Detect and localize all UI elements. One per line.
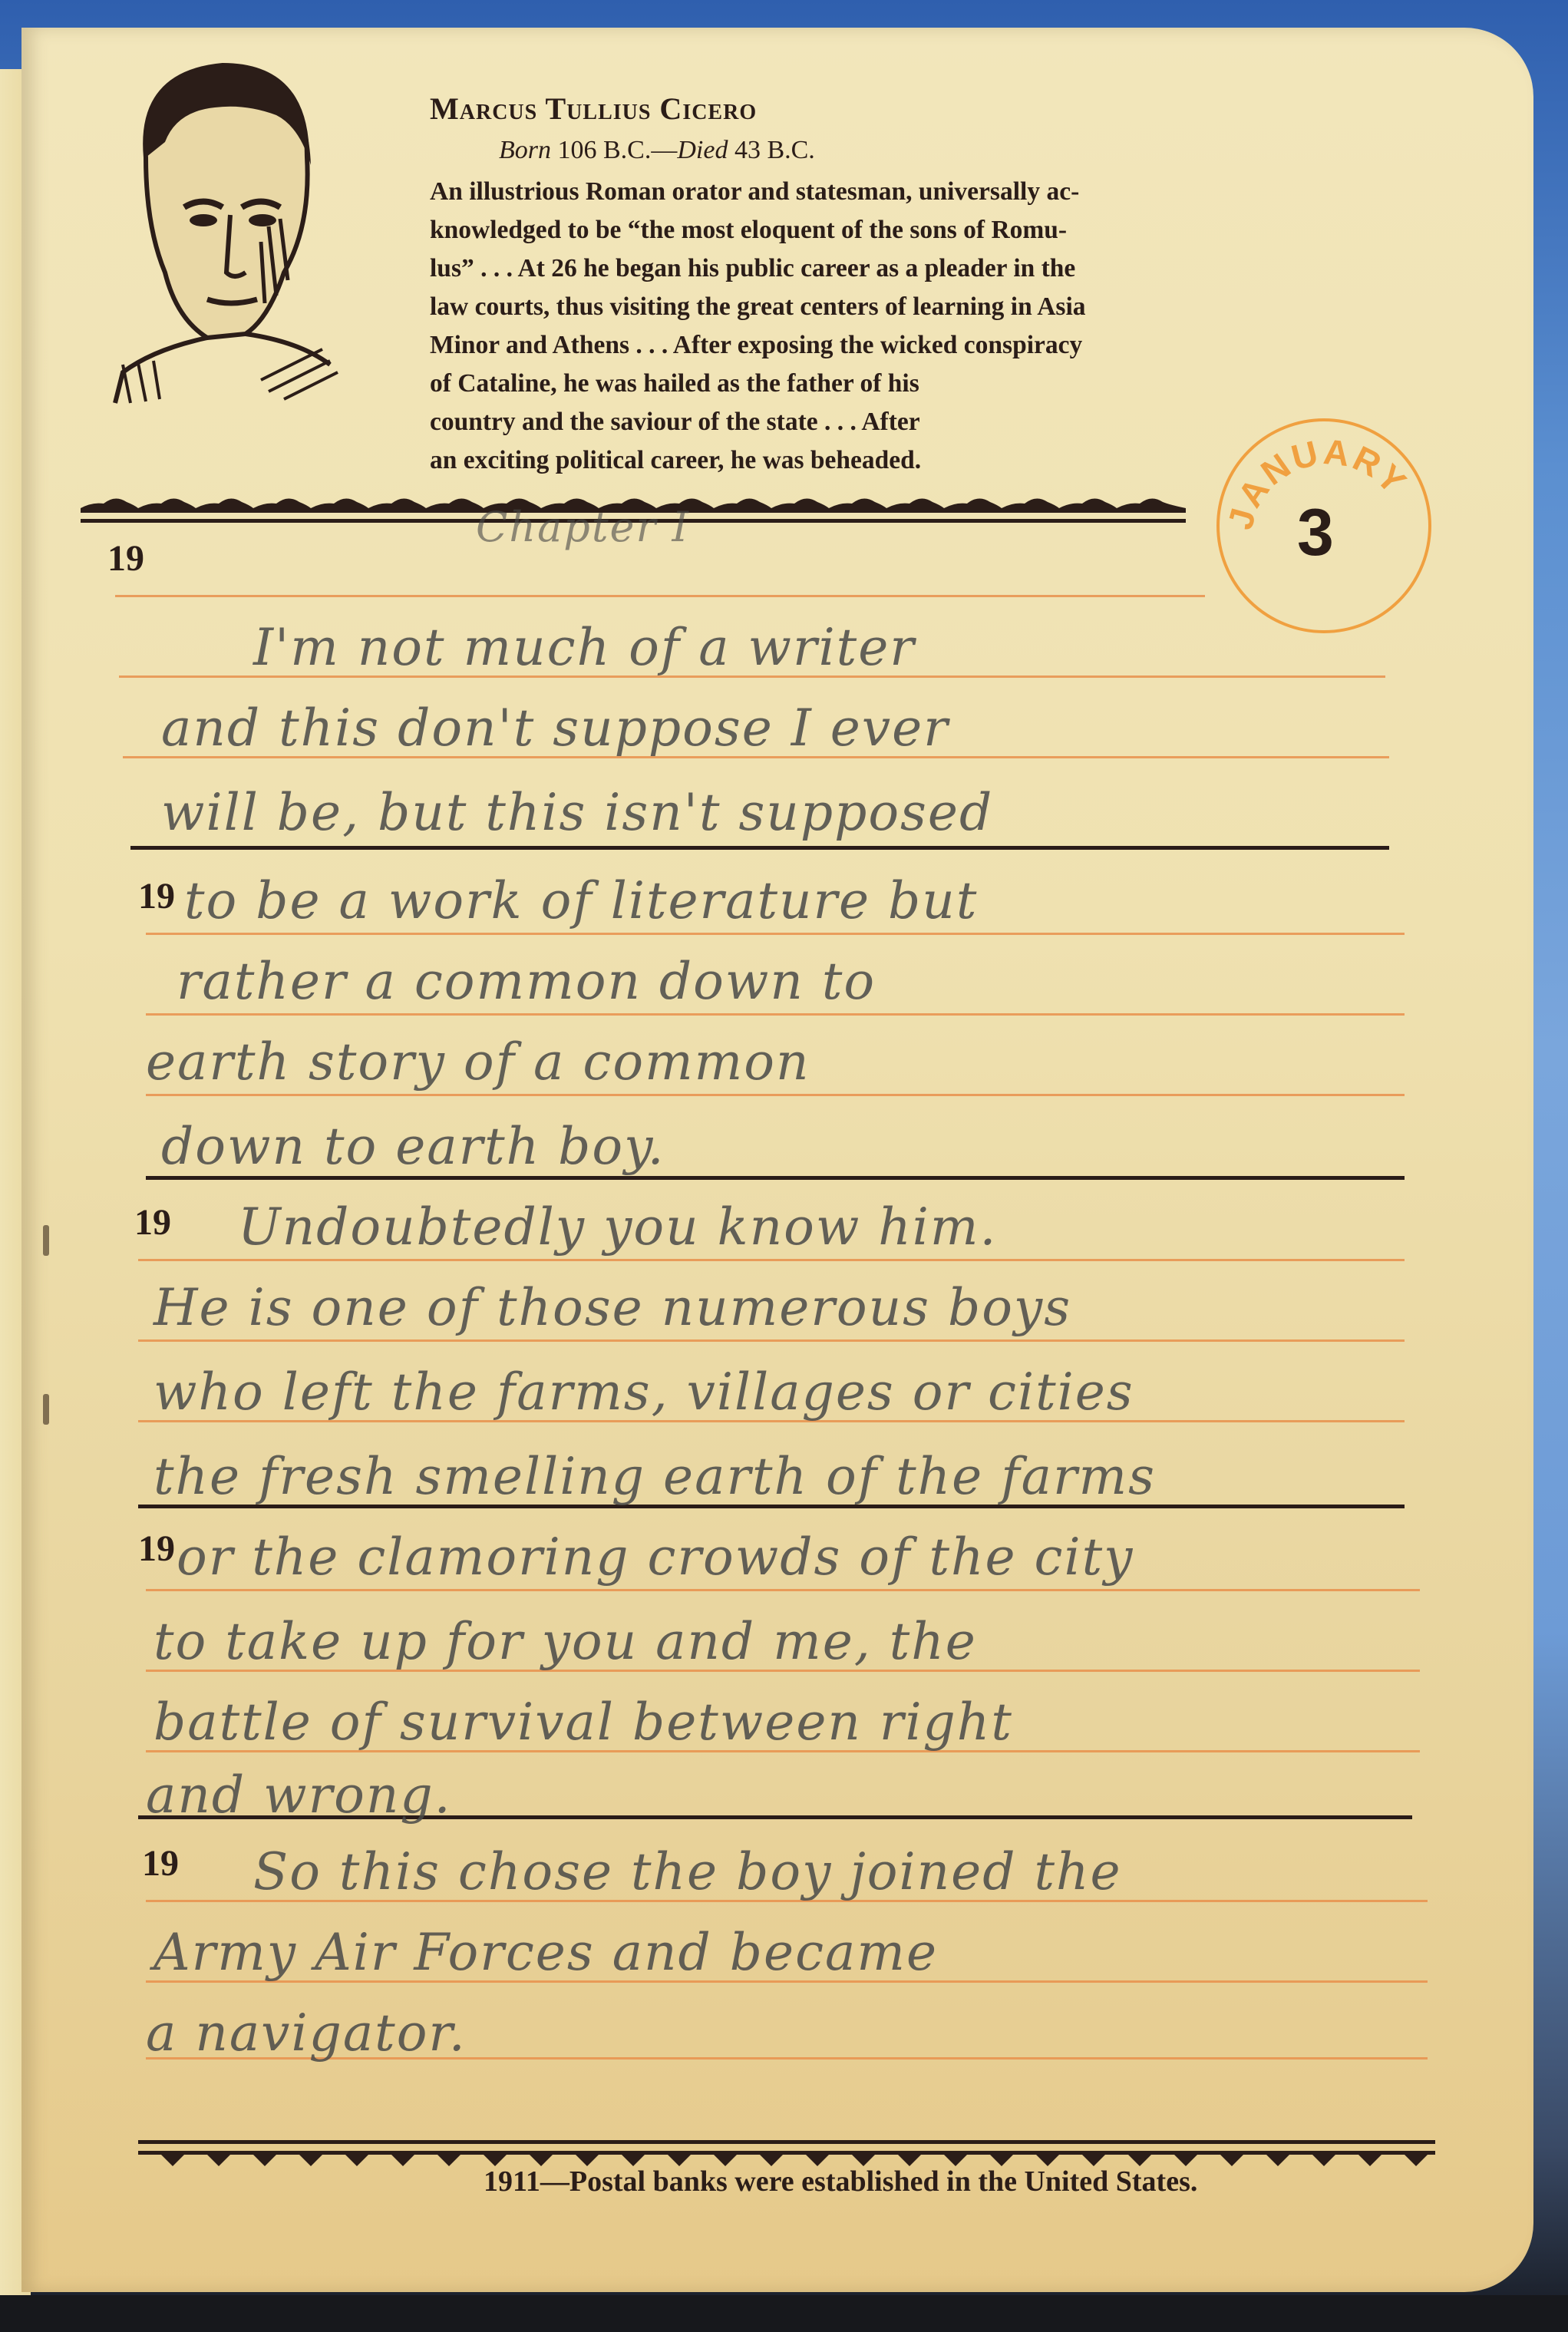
year-label: 19 — [138, 1528, 175, 1570]
life-dates: Born 106 B.C.—Died 43 B.C. — [499, 136, 1405, 165]
ruled-line — [138, 1259, 1405, 1261]
ruled-line — [115, 595, 1205, 597]
section-divider — [130, 846, 1389, 850]
person-name: Marcus Tullius Cicero — [430, 91, 1405, 127]
bio-line: an exciting political career, he was beh… — [430, 441, 1144, 480]
ruled-line — [146, 1013, 1405, 1016]
handwritten-line: battle of survival between right — [153, 1693, 1013, 1752]
ruled-line — [146, 933, 1405, 935]
handwritten-line: will be, but this isn't supposed — [161, 783, 993, 842]
binding-stitch — [43, 1394, 49, 1425]
ruled-line — [146, 1589, 1420, 1591]
year-label: 19 — [142, 1842, 179, 1884]
handwritten-line: to take up for you and me, the — [153, 1612, 977, 1671]
handwritten-line: a navigator. — [146, 2003, 467, 2063]
died-label: Died — [677, 136, 728, 164]
handwritten-line: rather a common down to — [177, 952, 876, 1011]
bio-line: of Cataline, he was hailed as the father… — [430, 365, 1144, 403]
stamp-day: 3 — [1297, 495, 1334, 571]
handwritten-line: I'm not much of a writer — [253, 618, 916, 677]
handwritten-line: down to earth boy. — [161, 1117, 665, 1176]
handwritten-line: the fresh smelling earth of the farms — [153, 1447, 1156, 1506]
section-divider — [146, 1176, 1405, 1180]
handwritten-line: or the clamoring crowds of the city — [177, 1528, 1134, 1587]
handwritten-line: earth story of a common — [146, 1032, 810, 1092]
handwritten-heading: Chapter I — [476, 503, 690, 551]
handwritten-line: So this chose the boy joined the — [253, 1842, 1122, 1901]
ruled-line — [146, 1094, 1405, 1096]
handwritten-line: and this don't suppose I ever — [161, 699, 949, 758]
ruled-line — [138, 1339, 1405, 1342]
footer-fact: 1911—Postal banks were established in th… — [484, 2165, 1197, 2198]
born-year: 106 B.C.— — [558, 136, 678, 164]
bio-line: law courts, thus visiting the great cent… — [430, 288, 1405, 326]
bio-line: knowledged to be “the most eloquent of t… — [430, 211, 1405, 249]
died-year: 43 B.C. — [734, 136, 815, 164]
born-label: Born — [499, 136, 551, 164]
bio-line: An illustrious Roman orator and statesma… — [430, 173, 1405, 211]
handwritten-line: to be a work of literature but — [184, 871, 978, 930]
cicero-portrait-icon — [92, 42, 353, 411]
handwritten-line: Undoubtedly you know him. — [238, 1197, 997, 1257]
handwritten-line: He is one of those numerous boys — [153, 1278, 1071, 1337]
bio-line: Minor and Athens . . . After exposing th… — [430, 326, 1405, 365]
table-surface — [0, 2295, 1568, 2332]
year-label: 19 — [138, 875, 175, 917]
binding-stitch — [43, 1225, 49, 1256]
handwritten-line: Army Air Forces and became — [153, 1923, 938, 1982]
bio-line: lus” . . . At 26 he began his public car… — [430, 249, 1405, 288]
year-label: 19 — [134, 1201, 171, 1244]
handwritten-line: who left the farms, villages or cities — [153, 1363, 1134, 1422]
handwritten-line: and wrong. — [146, 1766, 452, 1825]
year-label: 19 — [107, 537, 144, 580]
bio-line: country and the saviour of the state . .… — [430, 403, 1144, 441]
